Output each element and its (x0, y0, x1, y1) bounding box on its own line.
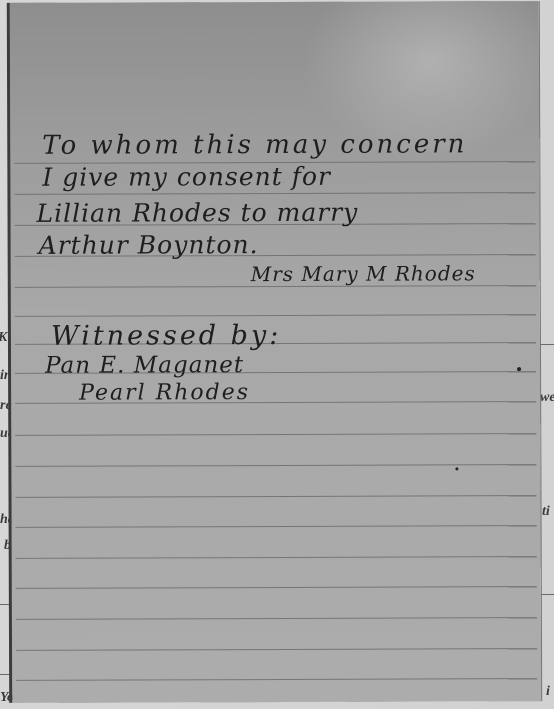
consent-line-1: To whom this may concern (42, 129, 467, 160)
witness-2: Pearl Rhodes (79, 380, 250, 406)
ink-dot (517, 367, 521, 371)
ruled-line (16, 648, 537, 651)
bg-fragment: ti (542, 504, 550, 520)
signature: Mrs Mary M Rhodes (251, 261, 476, 286)
witness-1: Pan E. Maganet (45, 352, 244, 379)
ruled-line (16, 495, 537, 498)
ruled-line (16, 556, 537, 559)
ruled-line (16, 678, 537, 681)
witness-heading: Witnessed by: (51, 320, 281, 352)
bg-fragment: i (546, 684, 550, 700)
ink-dot (455, 467, 458, 470)
bg-fragment: K (0, 330, 7, 346)
ruled-line (16, 525, 537, 528)
handwritten-note: To whom this may concern I give my conse… (7, 1, 541, 703)
consent-line-3: Lillian Rhodes to marry (36, 198, 358, 228)
ruled-line (14, 192, 535, 195)
ruled-line (16, 617, 537, 620)
consent-line-2: I give my consent for (42, 162, 331, 192)
ruled-line (16, 586, 537, 589)
bg-fragment: we (540, 390, 554, 406)
ruled-line (15, 464, 536, 467)
ruled-line (15, 433, 536, 436)
ruled-line (15, 314, 536, 317)
consent-line-4: Arthur Boynton. (39, 230, 259, 260)
